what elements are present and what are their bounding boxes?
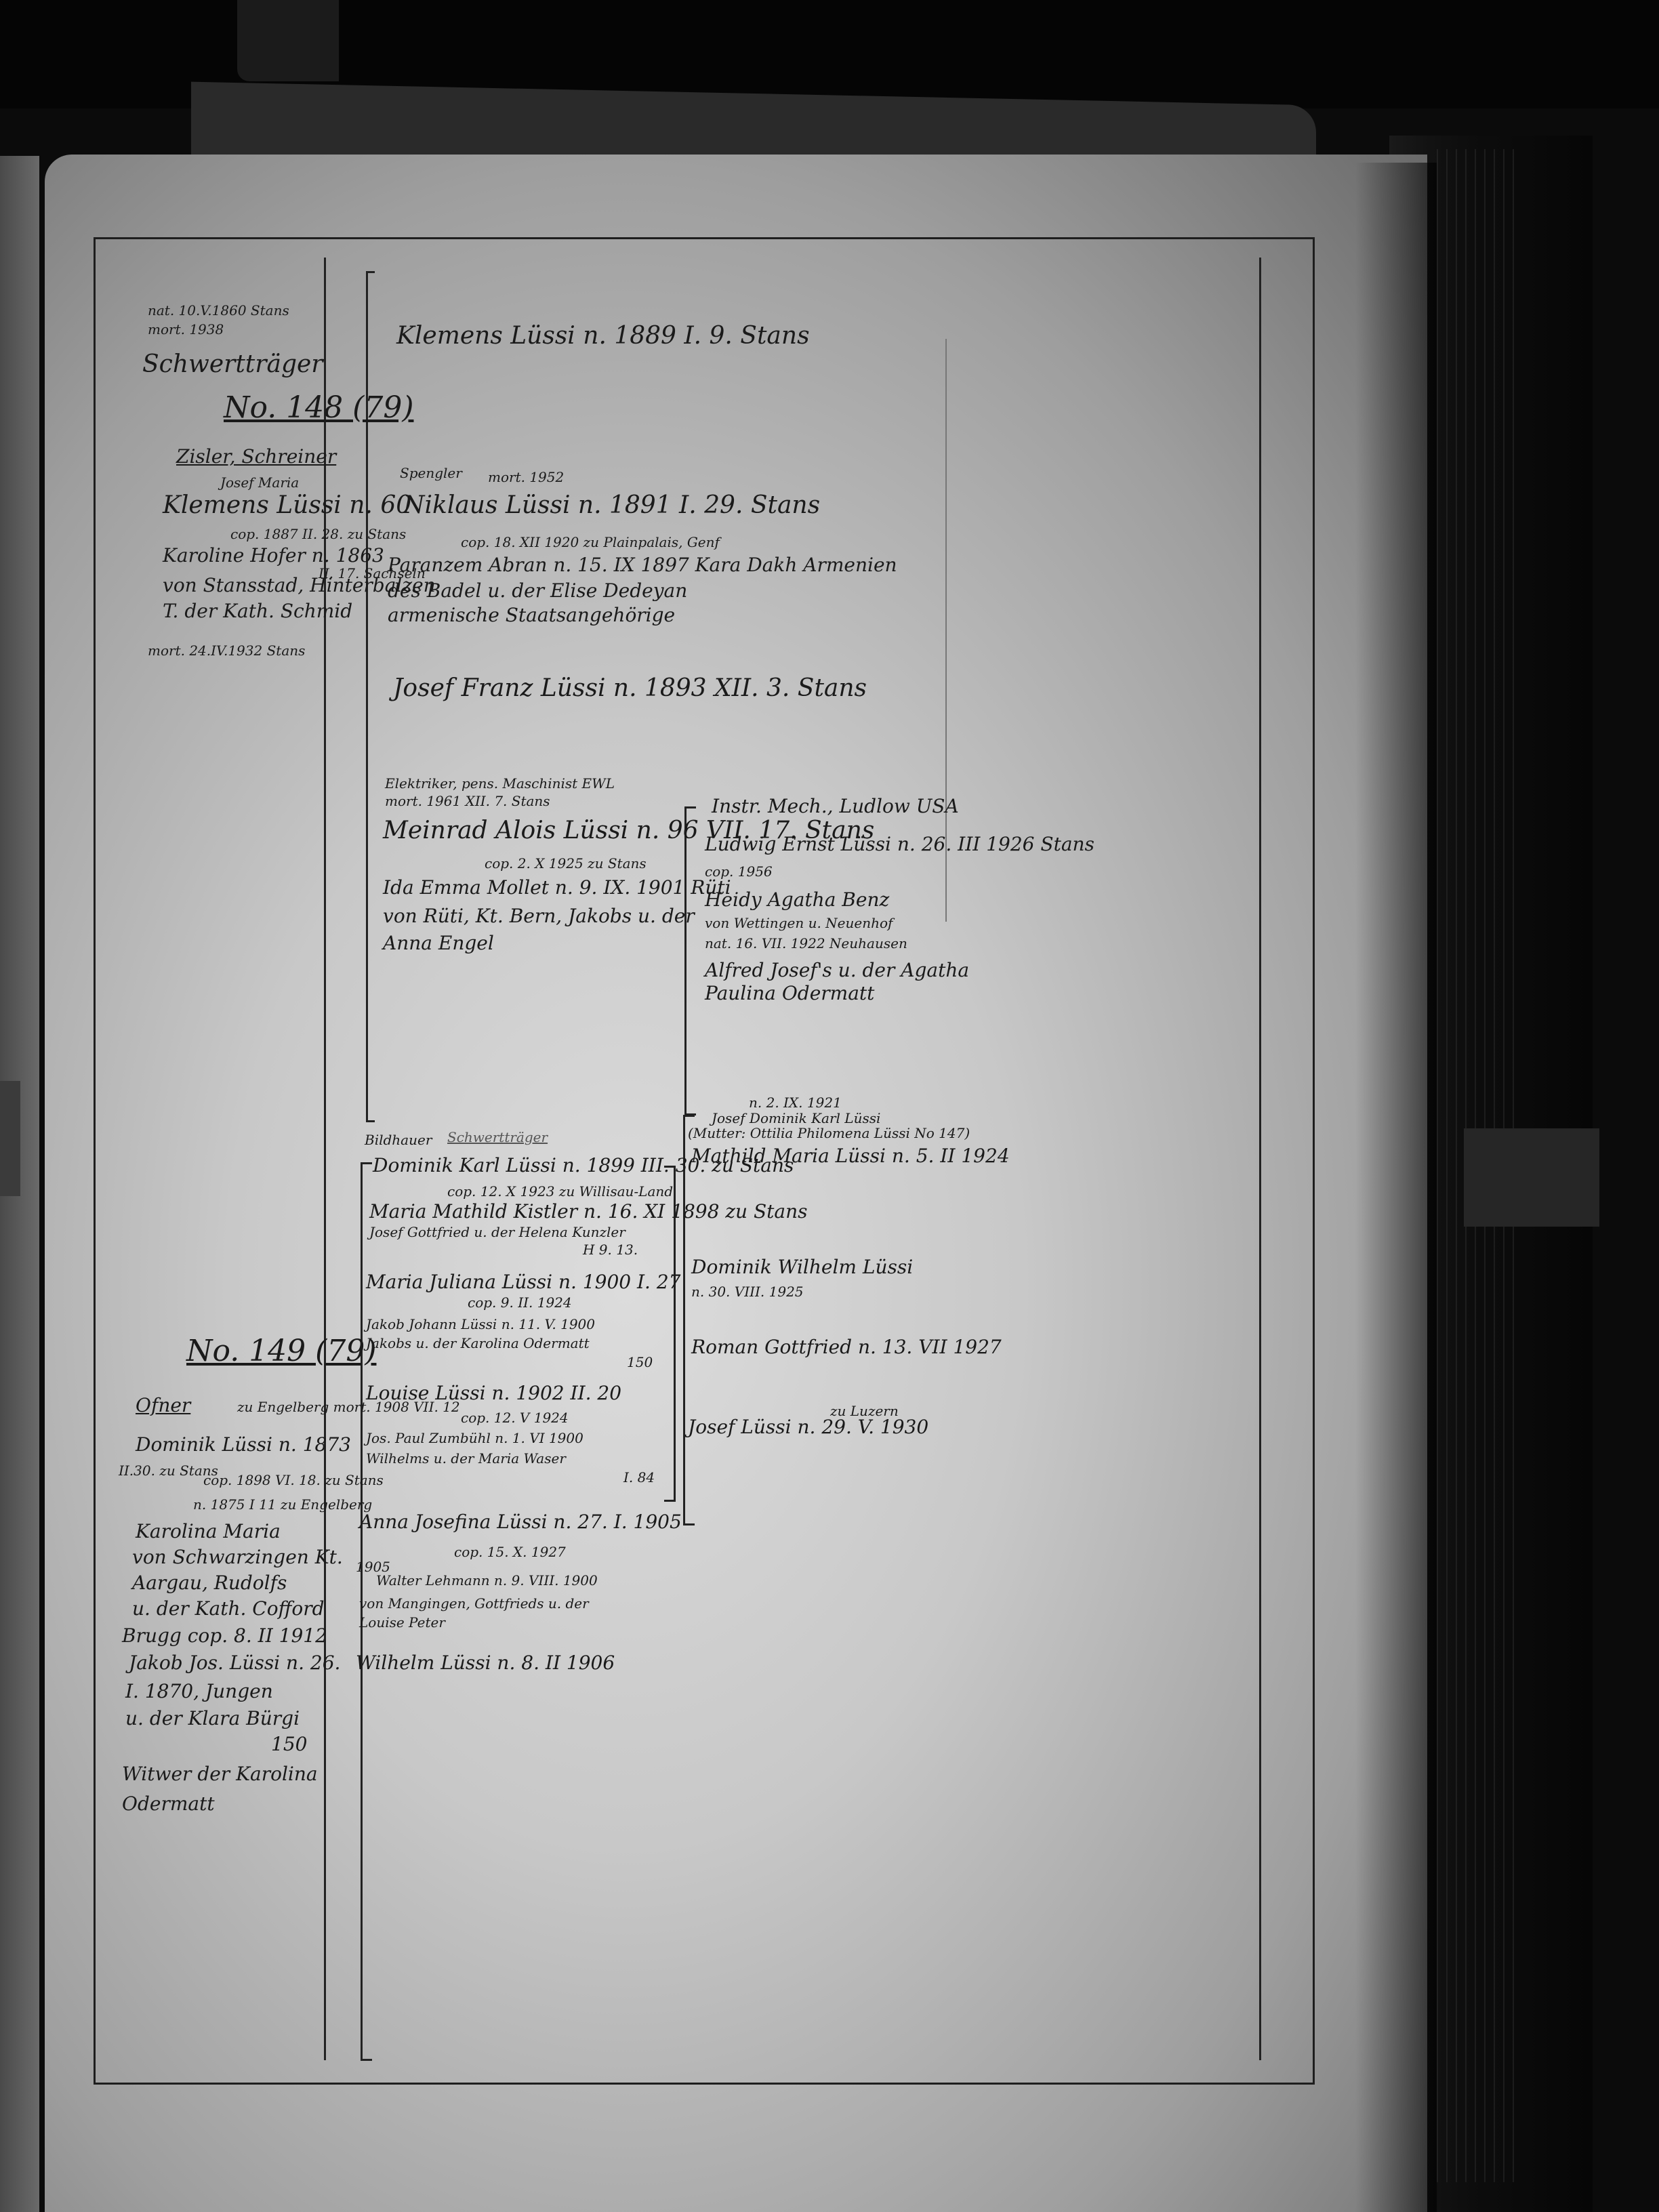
grandchild-note-birth: n. 2. IX. 1921 xyxy=(749,1096,842,1109)
child-marriage: cop. 12. V 1924 xyxy=(461,1411,569,1425)
spouse-origin: von Rüti, Kt. Bern, Jakobs u. der xyxy=(383,907,695,926)
ref: I. 84 xyxy=(623,1471,655,1484)
detail-line: u. der Kath. Cofford xyxy=(132,1599,325,1618)
detail-line: Jakob Jos. Lüssi n. 26. xyxy=(129,1654,340,1673)
grandchild-occupation: Instr. Mech., Ludlow USA xyxy=(712,797,959,816)
grandchild-note-mother: (Mutter: Ottilia Philomena Lüssi No 147) xyxy=(688,1126,970,1140)
spouse-name: Paranzem Abran n. 15. IX 1897 Kara Dakh … xyxy=(388,556,897,575)
occupation: Ofner xyxy=(136,1396,190,1415)
index-tab xyxy=(1464,1128,1599,1227)
ref: 150 xyxy=(271,1735,307,1754)
paper-clip-tab xyxy=(237,0,339,81)
spouse-name: Jos. Paul Zumbühl n. 1. VI 1900 xyxy=(366,1431,583,1445)
left-index-tab xyxy=(0,1081,20,1196)
page-shadow xyxy=(1355,163,1437,2212)
grandchild-name: Mathild Maria Lüssi n. 5. II 1924 xyxy=(691,1147,1010,1166)
husband-name: Klemens Lüssi n. 60 xyxy=(163,493,411,518)
spouse-name: Jakob Johann Lüssi n. 11. V. 1900 xyxy=(366,1317,595,1331)
detail-line: von Schwarzingen Kt. xyxy=(132,1548,343,1567)
child-marriage: cop. 9. II. 1924 xyxy=(468,1296,572,1309)
grandchild-name: Ludwig Ernst Lüssi n. 26. III 1926 Stans xyxy=(705,835,1094,854)
family-number-149: No. 149 (79) xyxy=(186,1336,376,1366)
spouse-parents: Josef Gottfried u. der Helena Kunzler xyxy=(369,1225,626,1239)
marriage-record: cop. 1887 II. 28. zu Stans xyxy=(230,527,406,541)
child-marriage: cop. 12. X 1923 zu Willisau-Land xyxy=(447,1185,673,1198)
detail-line: u. der Klara Bürgi xyxy=(125,1709,300,1728)
house-name: Schwertträger xyxy=(447,1130,548,1144)
child-occupation: Spengler xyxy=(400,466,462,480)
child-marriage: cop. 2. X 1925 zu Stans xyxy=(485,857,647,870)
detail-line: I. 1870, Jungen xyxy=(125,1682,273,1701)
spouse-parents: Jakobs u. der Karolina Odermatt xyxy=(366,1336,590,1350)
wife-name: Karoline Hofer n. 1863 xyxy=(163,546,384,565)
child-occupation: Elektriker, pens. Maschinist EWL xyxy=(385,777,615,790)
wife-birth: n. 1875 I 11 zu Engelberg xyxy=(193,1498,372,1511)
husband-name: Dominik Lüssi n. 1873 xyxy=(136,1435,351,1454)
child-death: mort. 1952 xyxy=(488,470,564,484)
spouse-parents: des Badel u. der Elise Dedeyan xyxy=(388,581,687,600)
child-name: Maria Juliana Lüssi n. 1900 I. 27 xyxy=(366,1273,681,1292)
grandchild-name: Roman Gottfried n. 13. VII 1927 xyxy=(691,1338,1002,1357)
occupation: Zisler, Schreiner xyxy=(176,447,336,466)
grandchild-name: Josef Lüssi n. 29. V. 1930 xyxy=(688,1418,928,1437)
child-marriage: cop. 18. XII 1920 zu Plainpalais, Genf xyxy=(461,535,720,549)
child-name: Josef Franz Lüssi n. 1893 XII. 3. Stans xyxy=(393,676,867,701)
family-number-148: No. 148 (79) xyxy=(224,393,413,423)
child-name: Niklaus Lüssi n. 1891 I. 29. Stans xyxy=(403,493,820,518)
death-note: zu Engelberg mort. 1908 VII. 12 xyxy=(237,1400,460,1414)
spouse-parents: Anna Engel xyxy=(383,934,494,953)
detail-line: Brugg cop. 8. II 1912 xyxy=(122,1626,327,1645)
spouse-origin: von Mangingen, Gottfrieds u. der xyxy=(359,1597,589,1610)
wife-parents: T. der Kath. Schmid xyxy=(163,602,352,621)
spouse-name: Walter Lehmann n. 9. VIII. 1900 xyxy=(376,1574,598,1587)
detail-line: Witwer der Karolina xyxy=(122,1765,318,1784)
grandchild-spouse-parents-2: Paulina Odermatt xyxy=(705,984,874,1003)
grandchild-note-name: Josef Dominik Karl Lüssi xyxy=(712,1111,880,1125)
detail-line: Odermatt xyxy=(122,1795,215,1814)
grandchild-spouse-birth: nat. 16. VII. 1922 Neuhausen xyxy=(705,937,907,950)
grandchild-spouse: Heidy Agatha Benz xyxy=(705,890,889,909)
child-name: Anna Josefina Lüssi n. 27. I. 1905 xyxy=(359,1513,682,1532)
grandchild-spouse-parents: Alfred Josef's u. der Agatha xyxy=(705,961,969,980)
child-occupation: Bildhauer xyxy=(365,1133,432,1147)
spouse-note: armenische Staatsangehörige xyxy=(388,606,675,625)
child-death: mort. 1961 XII. 7. Stans xyxy=(385,794,550,808)
marriage-record: cop. 1898 VI. 18. zu Stans xyxy=(203,1473,384,1487)
grandchild-birth: n. 30. VIII. 1925 xyxy=(691,1285,804,1298)
spouse-prefix: 1905 xyxy=(356,1560,390,1574)
grandchild-name: Dominik Wilhelm Lüssi xyxy=(691,1258,913,1277)
child-name: Klemens Lüssi n. 1889 I. 9. Stans xyxy=(396,324,810,348)
grandchildren-bracket-meinrad xyxy=(684,806,696,1115)
wife-name: Karolina Maria xyxy=(136,1522,281,1541)
grandchild-marriage: cop. 1956 xyxy=(705,865,773,878)
spouse-parents: Wilhelms u. der Maria Waser xyxy=(366,1452,566,1465)
detail-line: Aargau, Rudolfs xyxy=(132,1574,287,1593)
child-marriage: cop. 15. X. 1927 xyxy=(454,1545,566,1559)
ref: H 9. 13. xyxy=(583,1243,638,1256)
note-birth: nat. 10.V.1860 Stans xyxy=(148,304,289,317)
spouse-name: Ida Emma Mollet n. 9. IX. 1901 Rüti xyxy=(383,878,731,897)
child-name: Wilhelm Lüssi n. 8. II 1906 xyxy=(356,1654,615,1673)
spouse-parents: Louise Peter xyxy=(359,1616,445,1629)
spouse-name: Maria Mathild Kistler n. 16. XI 1898 zu … xyxy=(369,1202,808,1221)
note-death: mort. 1938 xyxy=(148,323,224,336)
children-bracket-149 xyxy=(361,1162,372,2061)
death-record: mort. 24.IV.1932 Stans xyxy=(148,644,305,657)
house-name: Schwertträger xyxy=(142,352,323,377)
ref: 150 xyxy=(627,1355,653,1369)
grandchild-spouse-origin: von Wettingen u. Neuenhof xyxy=(705,916,893,930)
right-margin-line xyxy=(1259,258,1261,2060)
husband-extra-names: Josef Maria xyxy=(220,476,299,489)
